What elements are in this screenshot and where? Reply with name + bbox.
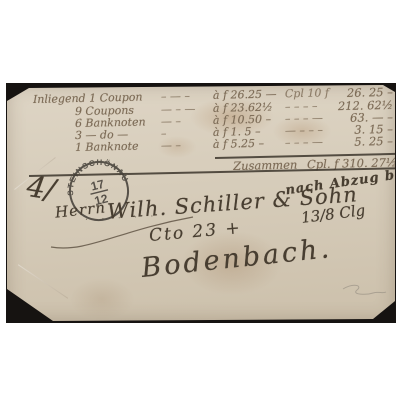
ink-dashes: – – – — [285,135,323,149]
ink-dashes: — – [161,139,181,152]
account-desc: 1 Banknote [75,140,139,154]
crease-line [18,264,68,298]
charge-mark: 4/ [25,169,58,207]
scanned-cover-photo: Inliegend 1 Coupon – — – à f 26.25 — Cpl… [0,0,400,400]
envelope: Inliegend 1 Coupon – — – à f 26.25 — Cpl… [7,85,395,321]
photo-black-background: Inliegend 1 Coupon – — – à f 26.25 — Cpl… [6,83,396,323]
ink-dashes: – — – [161,89,190,103]
paper-speck [12,301,17,304]
pencil-signature [337,281,389,303]
account-amount: 5. 25 – [354,134,393,149]
account-note: Cpl 10 f [285,86,329,100]
account-rate: à f 5.25 – [213,137,264,151]
